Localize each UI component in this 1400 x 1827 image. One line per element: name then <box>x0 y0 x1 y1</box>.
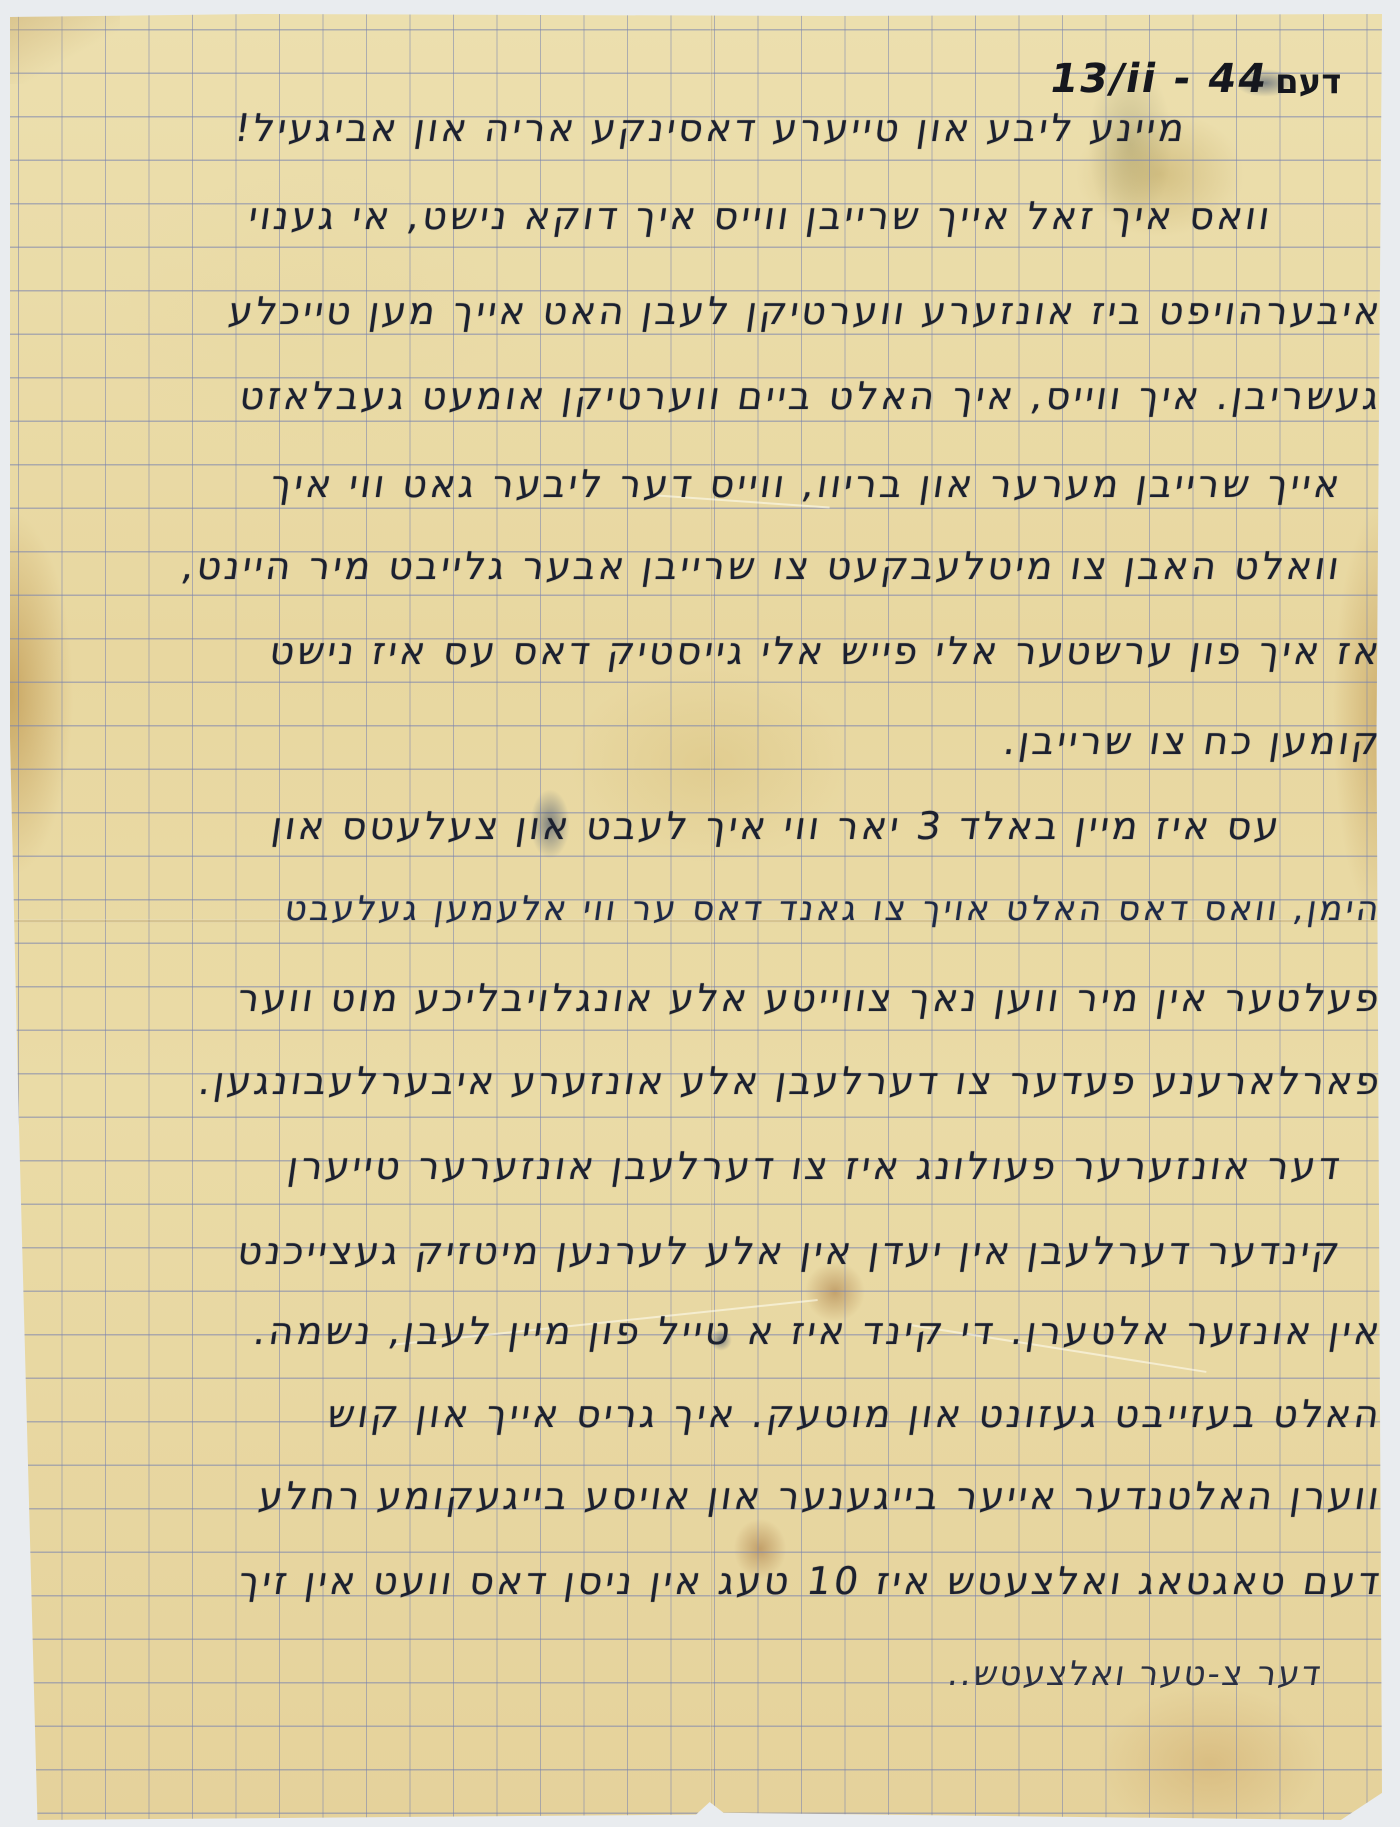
letter-line: געשריבן. איך ווייס, איך האלט ביים ווערטי… <box>237 374 1385 418</box>
letter-line: ווערן האלטנדער אייער בייגענער און אויסע … <box>256 1474 1385 1518</box>
letter-line: הימן, וואס דאס האלט אויך צו גאנד דאס ער … <box>283 889 1385 929</box>
letter-line: וואס איך זאל אייך שרייבן ווייס איך דוקא … <box>245 194 1275 238</box>
letter-line: אין אונזער אלטערן. די קינד איז א טייל פו… <box>251 1309 1386 1353</box>
date-prefix: דעם <box>1275 62 1341 102</box>
letter-line: עס איז מיין באלד 3 יאר ווי איך לעבט און … <box>269 804 1285 848</box>
letter-line: קינדער דערלעבן אין יעדן אין אלע לערנען מ… <box>235 1229 1346 1273</box>
letter-line: אז איך פון ערשטער אלי פייש אלי גייסטיק ד… <box>267 629 1385 673</box>
letter-line: פעלטער אין מיר ווען נאך צווייטע אלע אונג… <box>235 976 1385 1020</box>
letter-line: וואלט האבן צו מיטלעבקעט צו שרייבן אבער ג… <box>179 544 1345 588</box>
letter-line: דער אונזערער פעולונג איז צו דערלעבן אונז… <box>285 1144 1345 1188</box>
letter-line: אייך שרייבן מערער און בריוו, ווייס דער ל… <box>268 462 1345 506</box>
letter-line: קומען כח צו שרייבן. <box>1001 719 1385 763</box>
letter-greeting: מיינע ליבע און טייערע דאסינקע אריה און א… <box>232 106 1190 150</box>
letter-line: דעם טאגטאג ואלצעטש איז 10 טעג אין ניסן ד… <box>236 1559 1385 1603</box>
letter-line: איבערהויפט ביז אונזערע ווערטיקן לעבן האט… <box>226 289 1386 333</box>
letter-line: פארלארענע פעדער צו דערלעבן אלע אונזערע א… <box>196 1059 1385 1103</box>
letter-line: האלט בעזייבט געזונט און מוטעק. איך גריס … <box>325 1392 1385 1436</box>
letter-date: 13/ii - 44 <box>1046 56 1272 102</box>
letter-page: 13/ii - 44 דעם מיינע ליבע און טייערע דאס… <box>10 14 1382 1820</box>
corner-fold <box>10 14 120 84</box>
letter-signature: דער צ-טער ואלצעטש.. <box>945 1654 1325 1694</box>
